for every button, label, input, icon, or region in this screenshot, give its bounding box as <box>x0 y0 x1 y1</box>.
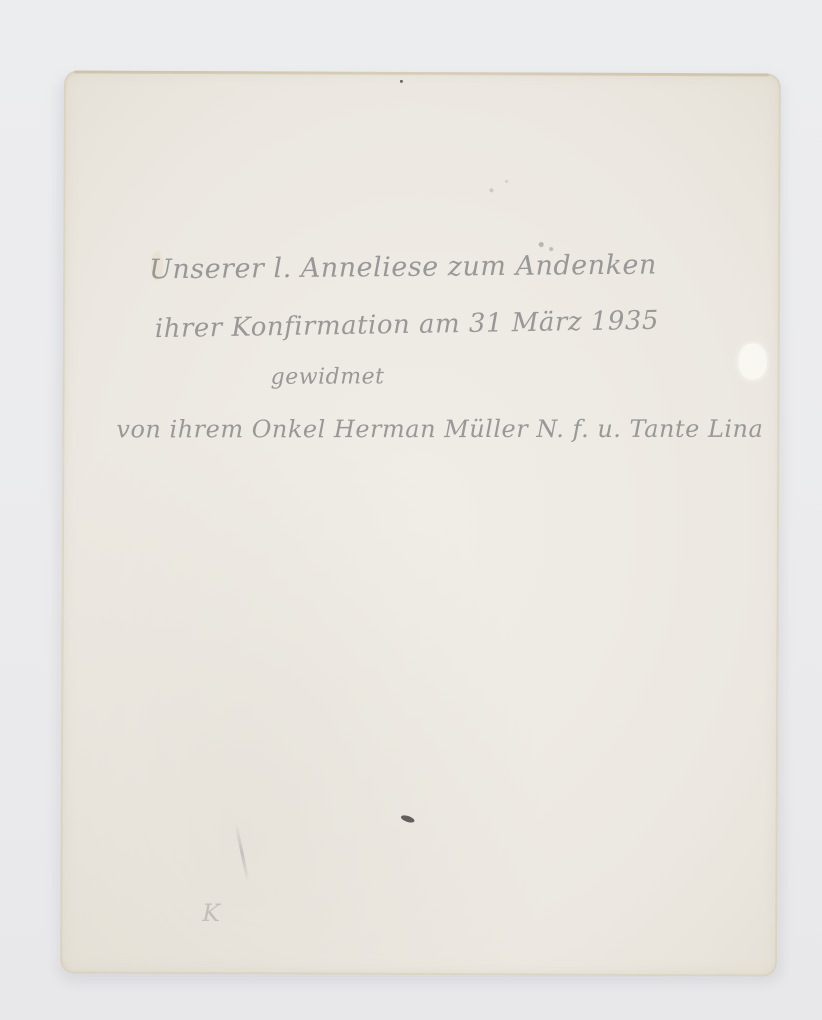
inscription-line-1: Unserer l. Anneliese zum Andenken <box>149 249 657 285</box>
photo-card-back: Unserer l. Anneliese zum Andenken ihrer … <box>60 70 781 976</box>
inscription-line-3: gewidmet <box>271 364 385 389</box>
speck <box>400 80 403 83</box>
specks <box>471 172 571 262</box>
inscription-line-2: ihrer Konfirmation am 31 März 1935 <box>155 306 660 344</box>
inscription-line-4: von ihrem Onkel Herman Müller N. f. u. T… <box>116 415 763 444</box>
paper-abrasion <box>739 343 767 379</box>
corner-initial: K <box>202 899 220 927</box>
dark-speck <box>400 814 415 824</box>
card-top-edge <box>74 70 769 76</box>
faint-pencil-stroke <box>234 824 249 883</box>
